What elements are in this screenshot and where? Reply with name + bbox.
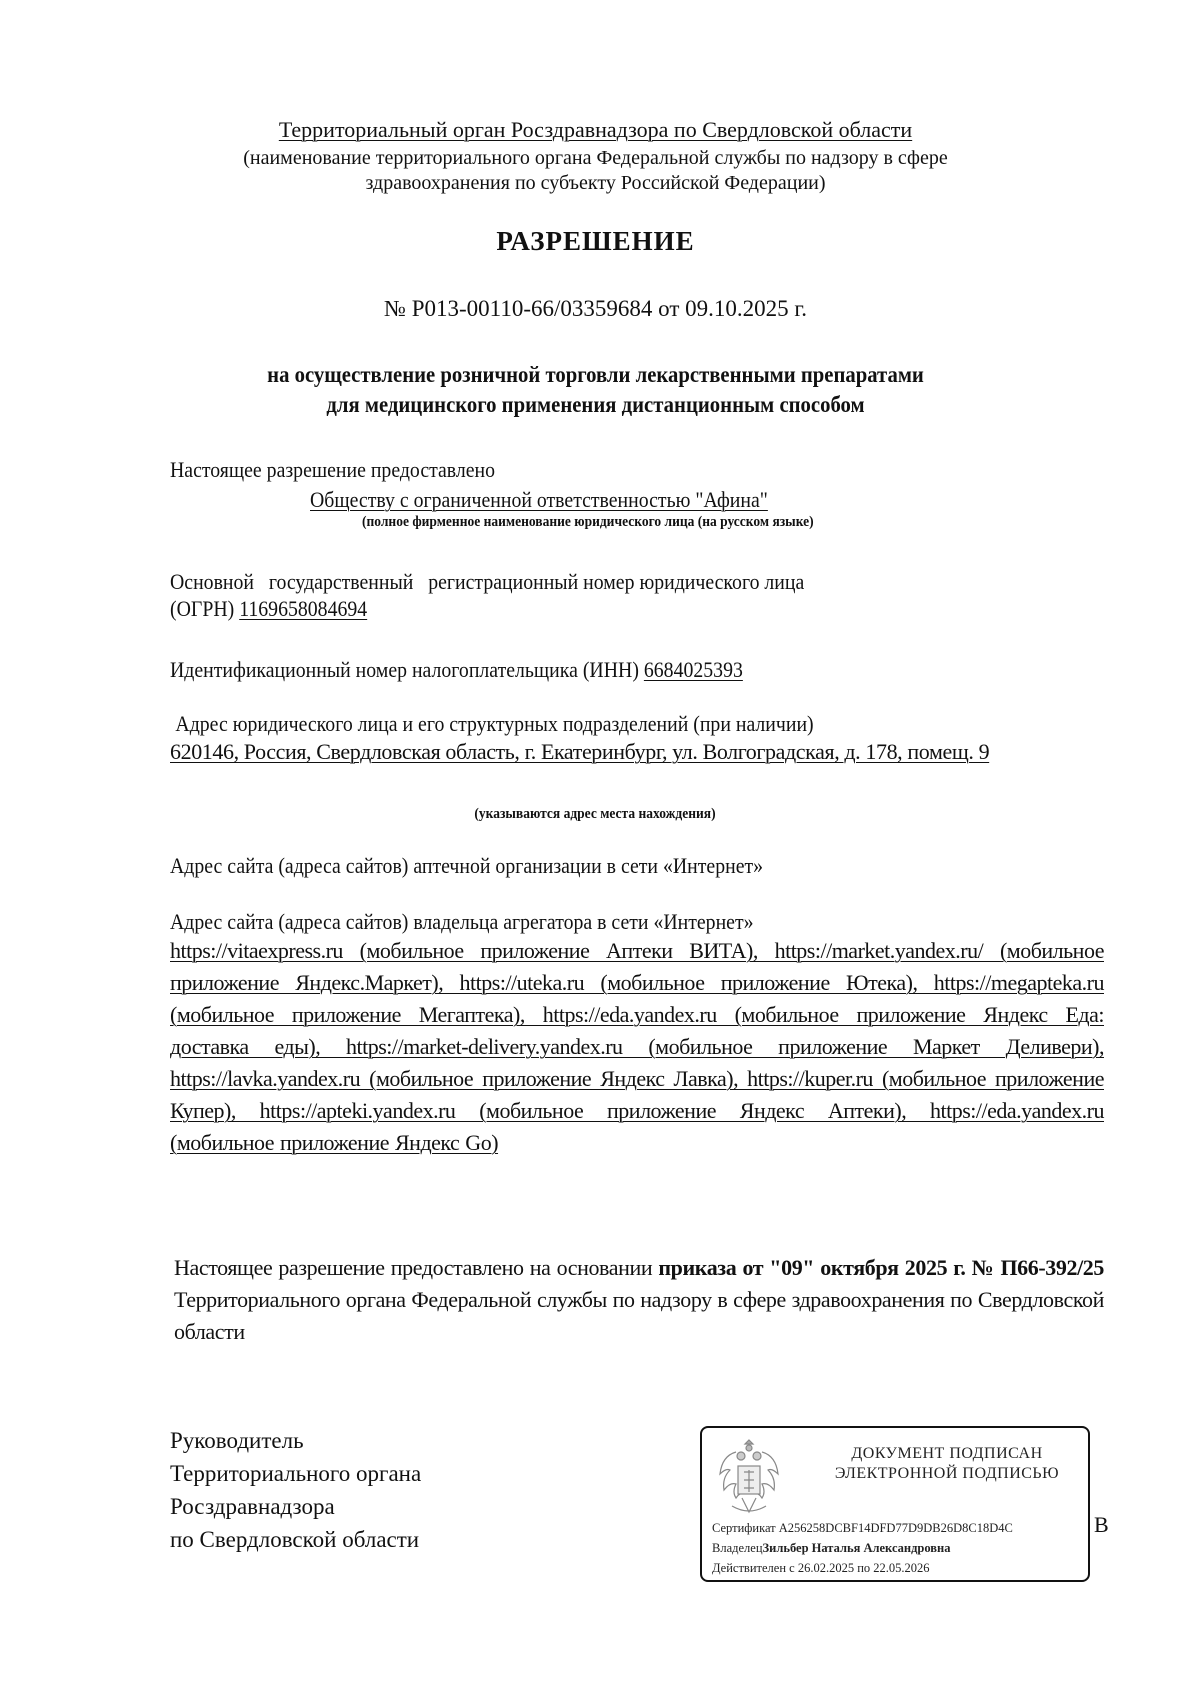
basis-text-after: Территориального органа Федеральной служ…: [174, 1287, 1104, 1344]
validity-value: с 26.02.2025 по 22.05.2026: [789, 1561, 929, 1575]
grantee-name: Обществу с ограниченной ответственностью…: [310, 486, 768, 513]
organ-name: Территориальный орган Росздравнадзора по…: [273, 117, 918, 142]
ogrn-block: Основной государственный регистрационный…: [170, 568, 1104, 622]
document-title: РАЗРЕШЕНИЕ: [0, 226, 1191, 257]
subject-line1: на осуществление розничной торговли лека…: [60, 360, 1132, 390]
aggregator-sites-label: Адрес сайта (адреса сайтов) владельца аг…: [170, 908, 1011, 935]
signatory-block: Руководитель Территориального органа Рос…: [170, 1424, 421, 1556]
ogrn-prefix: (ОГРН): [170, 596, 234, 621]
basis-order: приказа от "09" октября 2025 г. № П66-39…: [658, 1255, 1104, 1280]
aggregator-sites-block: Адрес сайта (адреса сайтов) владельца аг…: [170, 908, 1104, 1159]
pharmacy-site-label: Адрес сайта (адреса сайтов) аптечной орг…: [170, 852, 1104, 879]
ogrn-value: 1169658084694: [239, 596, 367, 621]
inn-label: Идентификационный номер налогоплательщик…: [170, 657, 639, 682]
grantee-intro-text: Настоящее разрешение предоставлено: [170, 456, 495, 483]
organ-note-line2: здравоохранения по субъекту Российской Ф…: [0, 171, 1191, 196]
address-note: (указываются адрес места нахождения): [0, 806, 1191, 823]
certificate-value: A256258DCBF14DFD77D9DB26D8C18D4C: [779, 1521, 1013, 1535]
signatory-line4: по Свердловской области: [170, 1523, 421, 1556]
trailing-mark: В: [1094, 1512, 1109, 1538]
basis-text-before: Настоящее разрешение предоставлено на ос…: [174, 1255, 658, 1280]
organ-name-block: Территориальный орган Росздравнадзора по…: [0, 116, 1191, 143]
signatory-line3: Росздравнадзора: [170, 1490, 421, 1523]
e-signature-title: ДОКУМЕНТ ПОДПИСАН ЭЛЕКТРОННОЙ ПОДПИСЬЮ: [812, 1444, 1082, 1484]
subject-line2: для медицинского применения дистанционны…: [60, 390, 1132, 420]
validity-line: Действителен с 26.02.2025 по 22.05.2026: [712, 1560, 930, 1576]
address-label: Адрес юридического лица и его структурны…: [170, 710, 1011, 737]
address-value: 620146, Россия, Свердловская область, г.…: [170, 737, 1104, 767]
grantee-name-block: Обществу с ограниченной ответственностью…: [310, 486, 1010, 513]
document-subject: на осуществление розничной торговли лека…: [0, 360, 1191, 420]
address-block: Адрес юридического лица и его структурны…: [170, 710, 1104, 767]
e-signature-stamp: ДОКУМЕНТ ПОДПИСАН ЭЛЕКТРОННОЙ ПОДПИСЬЮ С…: [700, 1426, 1090, 1582]
owner-line: ВладелецЗильбер Наталья Александровна: [712, 1540, 951, 1556]
owner-value: Зильбер Наталья Александровна: [763, 1541, 951, 1555]
inn-value: 6684025393: [644, 657, 743, 682]
signatory-line1: Руководитель: [170, 1424, 421, 1457]
organ-note-line1: (наименование территориального органа Фе…: [0, 146, 1191, 171]
aggregator-sites-list: https://vitaexpress.ru (мобильное прилож…: [170, 935, 1104, 1159]
inn-block: Идентификационный номер налогоплательщик…: [170, 656, 1104, 683]
russian-coat-of-arms-icon: [714, 1436, 784, 1518]
organ-name-note: (наименование территориального органа Фе…: [0, 146, 1191, 196]
basis-paragraph: Настоящее разрешение предоставлено на ос…: [170, 1252, 1104, 1348]
document-number: № Р013-00110-66/03359684 от 09.10.2025 г…: [0, 296, 1191, 322]
grantee-intro: Настоящее разрешение предоставлено: [170, 456, 1104, 483]
grantee-name-note: (полное фирменное наименование юридическ…: [362, 514, 864, 531]
ogrn-label: Основной государственный регистрационный…: [170, 568, 1106, 595]
certificate-line: Сертификат A256258DCBF14DFD77D9DB26D8C18…: [712, 1520, 1013, 1536]
signatory-line2: Территориального органа: [170, 1457, 421, 1490]
